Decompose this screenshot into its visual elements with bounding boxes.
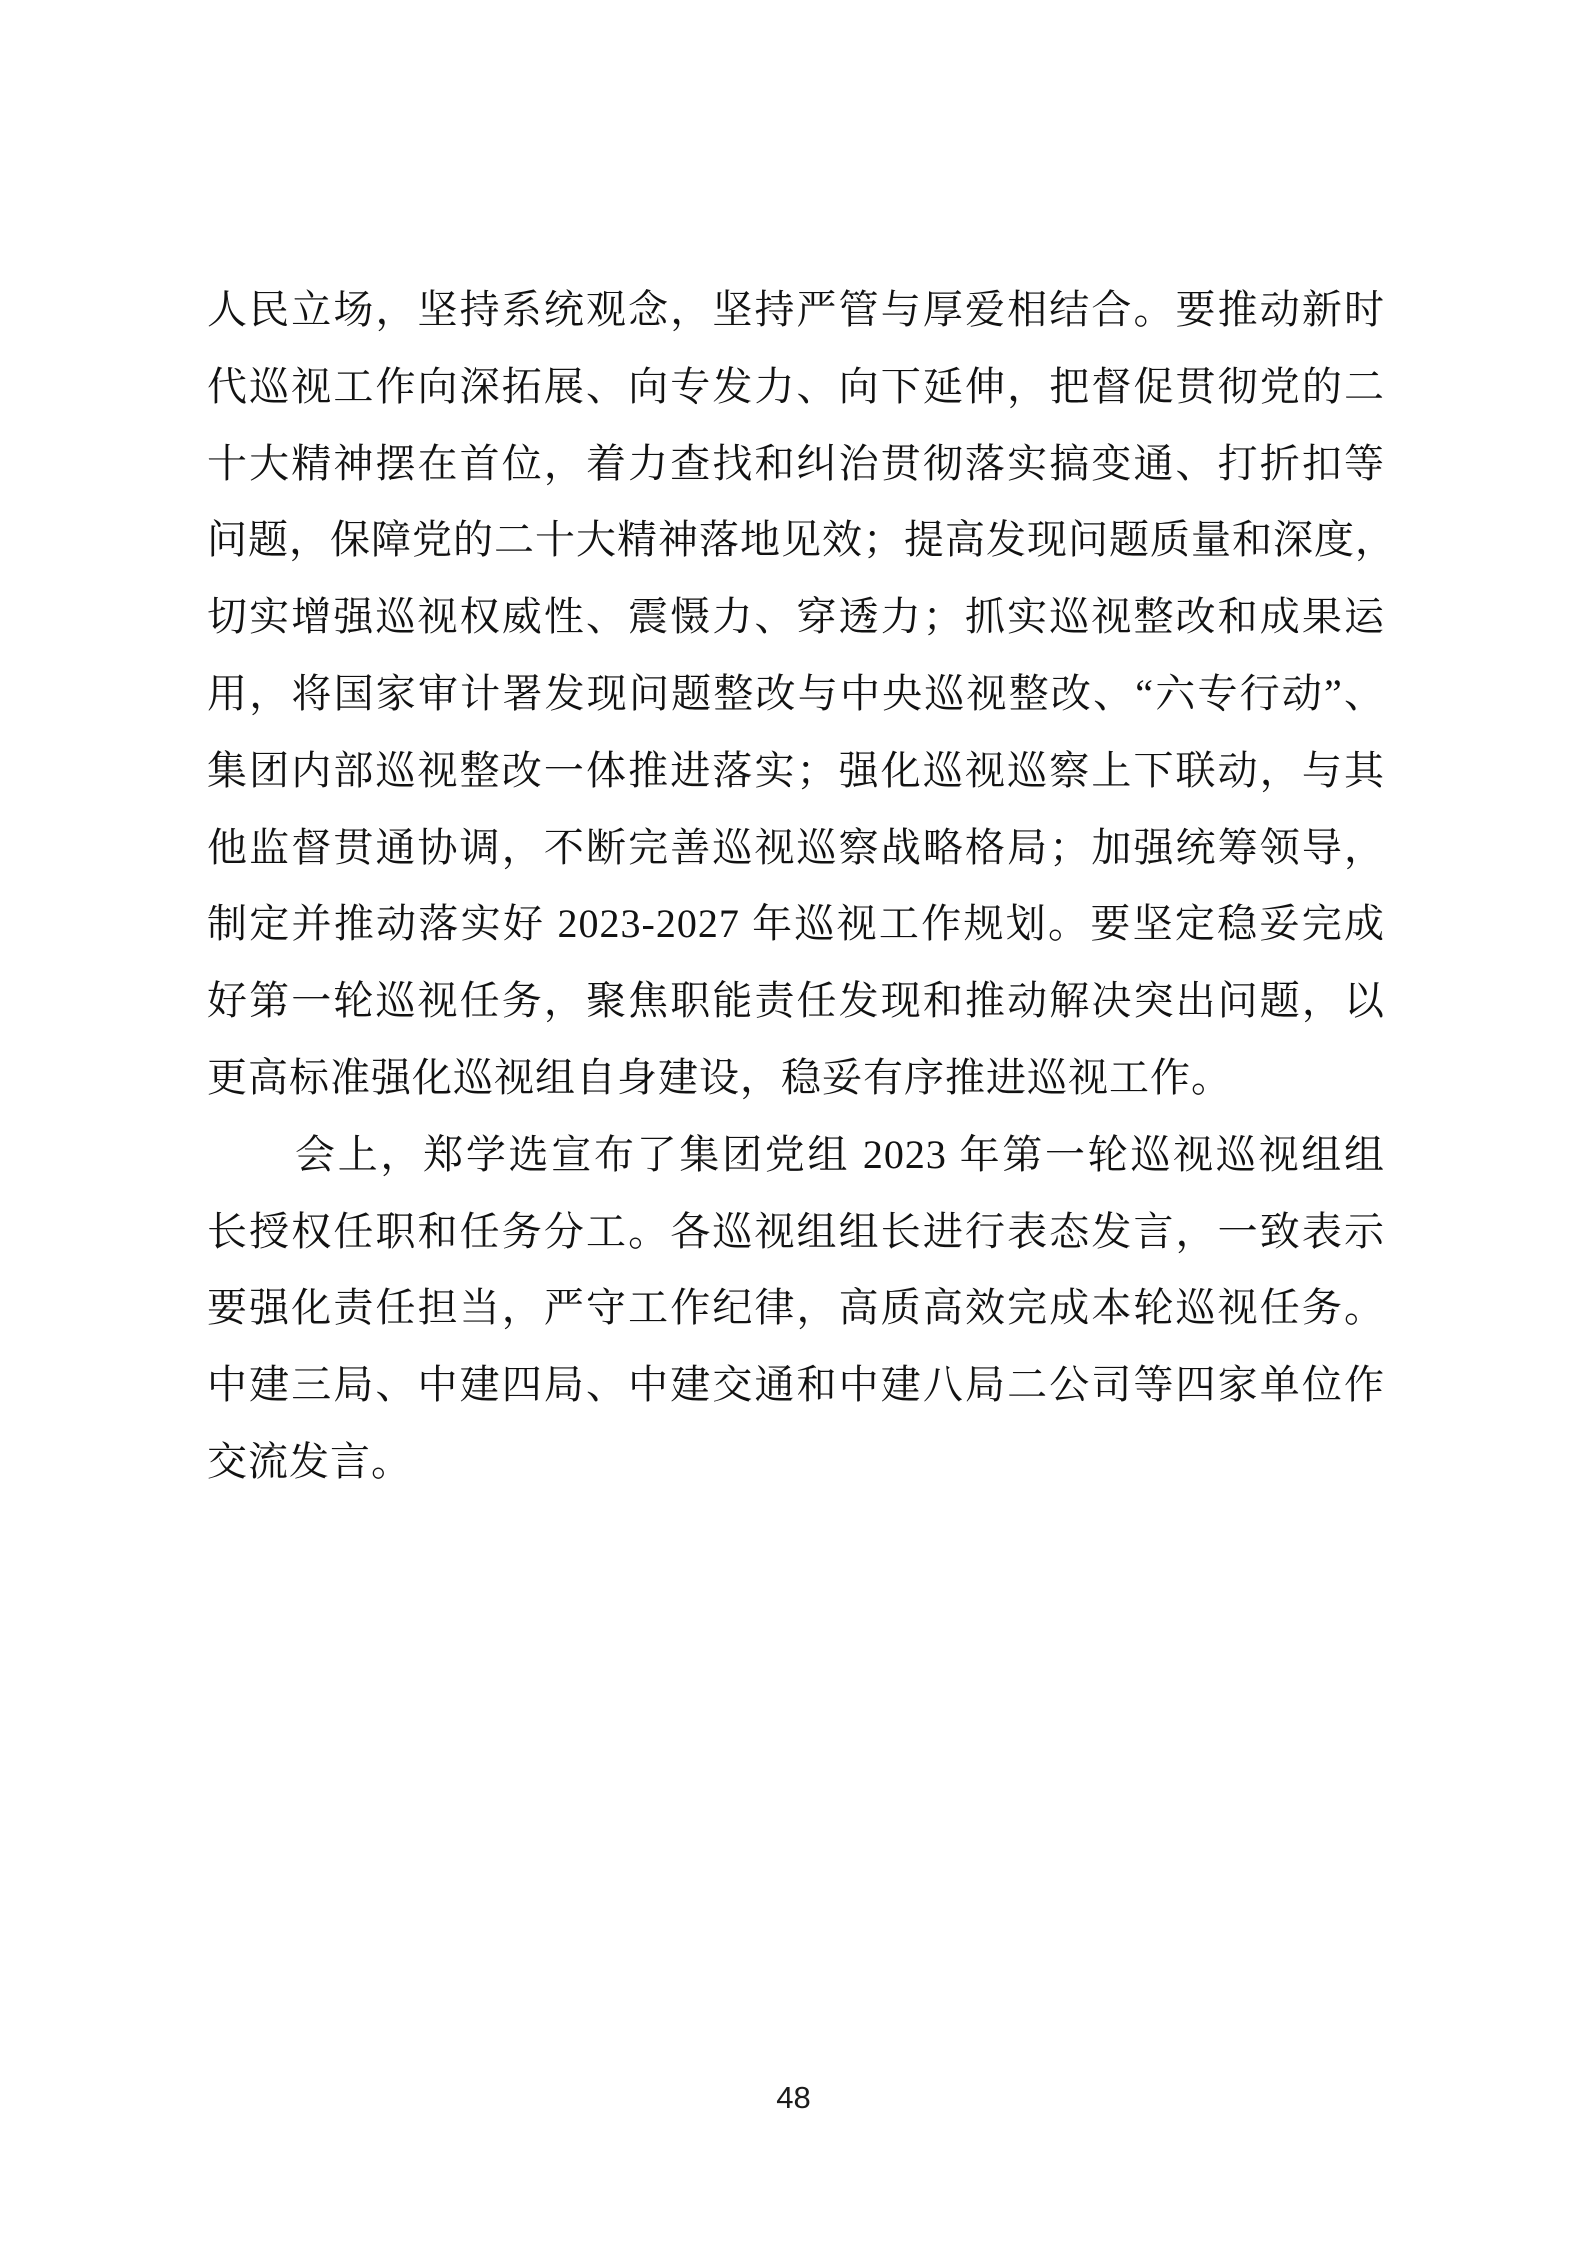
page-number: 48	[0, 2080, 1587, 2116]
text-line: 用，将国家审计署发现问题整改与中央巡视整改、“六专行动”、	[207, 656, 1385, 733]
text-line: 好第一轮巡视任务，聚焦职能责任发现和推动解决突出问题，以	[207, 963, 1385, 1040]
text-line: 长授权任职和任务分工。各巡视组组长进行表态发言，一致表示	[207, 1194, 1385, 1271]
document-page: 人民立场，坚持系统观念，坚持严管与厚爱相结合。要推动新时 代巡视工作向深拓展、向…	[0, 0, 1587, 2245]
text-line-paragraph-end: 交流发言。	[207, 1424, 1385, 1501]
text-line: 要强化责任担当，严守工作纪律，高质高效完成本轮巡视任务。	[207, 1270, 1385, 1347]
text-line: 切实增强巡视权威性、震慑力、穿透力；抓实巡视整改和成果运	[207, 579, 1385, 656]
text-line: 代巡视工作向深拓展、向专发力、向下延伸，把督促贯彻党的二	[207, 349, 1385, 426]
text-line-paragraph-start: 会上，郑学选宣布了集团党组 2023 年第一轮巡视巡视组组	[207, 1117, 1385, 1194]
text-line: 中建三局、中建四局、中建交通和中建八局二公司等四家单位作	[207, 1347, 1385, 1424]
text-line: 问题，保障党的二十大精神落地见效；提高发现问题质量和深度，	[207, 502, 1385, 579]
text-line: 制定并推动落实好 2023-2027 年巡视工作规划。要坚定稳妥完成	[207, 886, 1385, 963]
text-line: 十大精神摆在首位，着力查找和纠治贯彻落实搞变通、打折扣等	[207, 426, 1385, 503]
text-line-paragraph-end: 更高标准强化巡视组自身建设，稳妥有序推进巡视工作。	[207, 1040, 1385, 1117]
text-block: 人民立场，坚持系统观念，坚持严管与厚爱相结合。要推动新时 代巡视工作向深拓展、向…	[207, 272, 1385, 1501]
text-line: 人民立场，坚持系统观念，坚持严管与厚爱相结合。要推动新时	[207, 272, 1385, 349]
text-line: 集团内部巡视整改一体推进落实；强化巡视巡察上下联动，与其	[207, 733, 1385, 810]
text-line: 他监督贯通协调，不断完善巡视巡察战略格局；加强统筹领导，	[207, 810, 1385, 887]
